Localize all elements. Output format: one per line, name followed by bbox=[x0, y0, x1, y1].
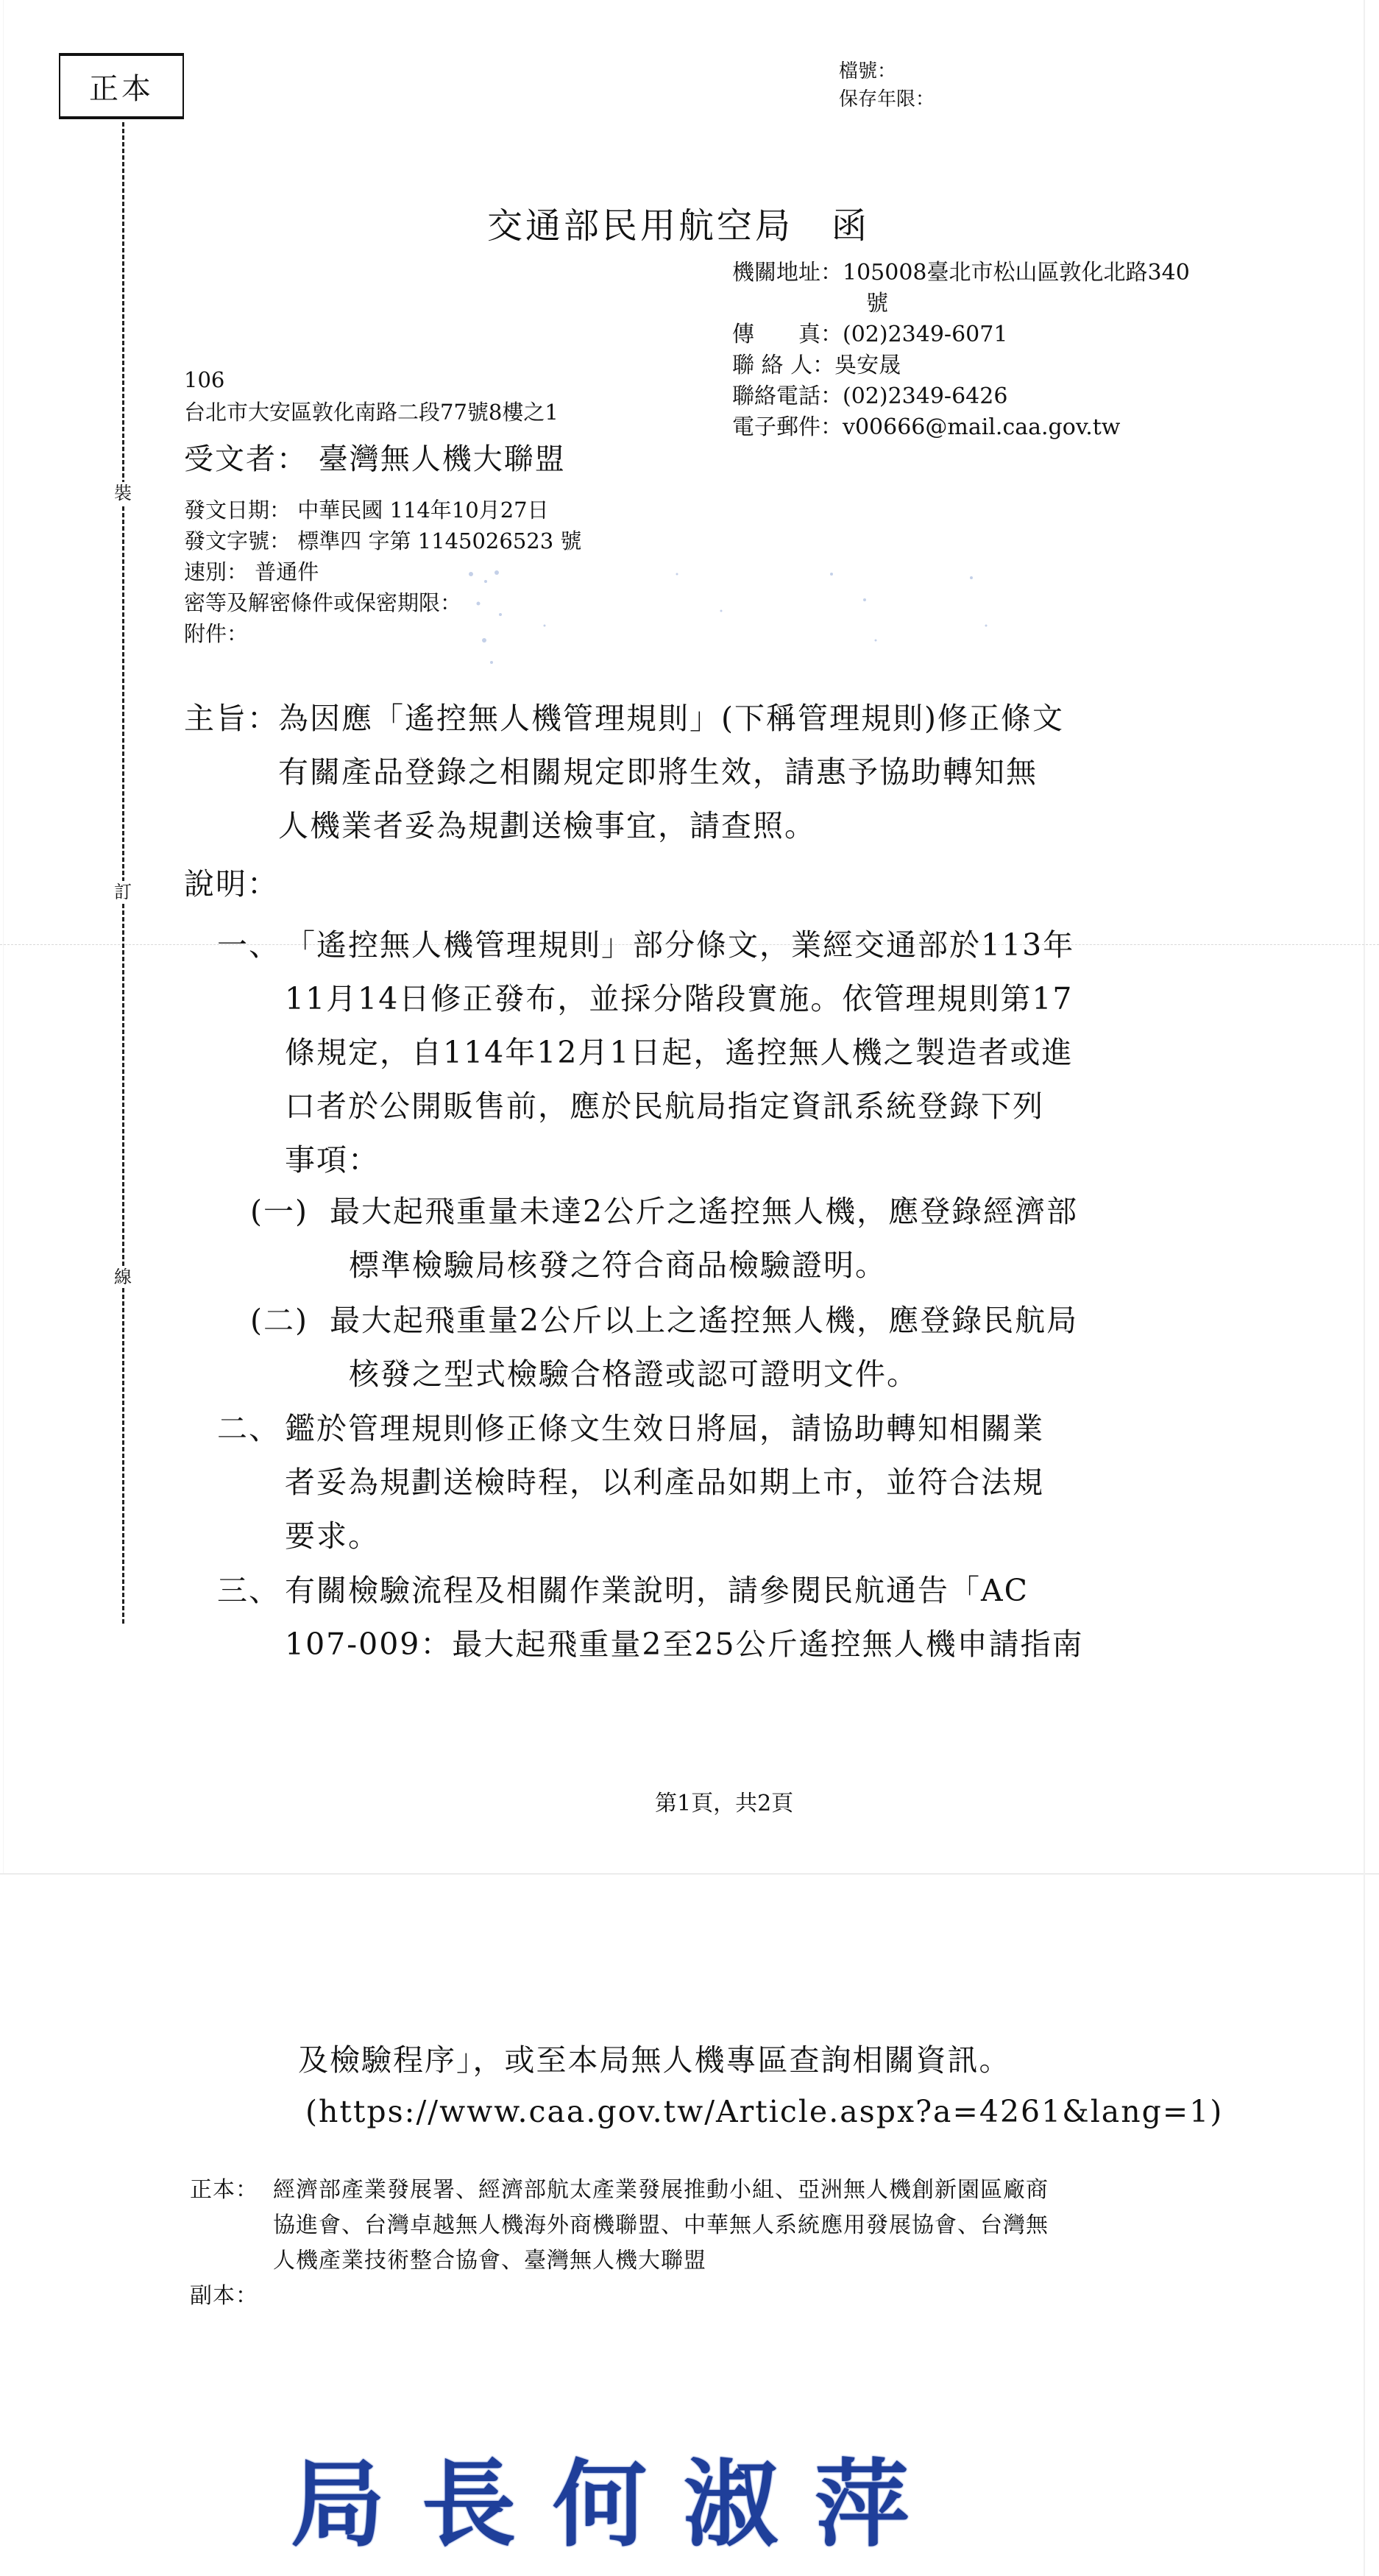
subitem-marker: (一) bbox=[250, 1185, 308, 1239]
phone-row: 聯絡電話： (02)2349-6426 bbox=[732, 381, 1190, 412]
original-recipients-label: 正本： bbox=[190, 2173, 258, 2208]
email-row: 電子郵件： v00666@mail.caa.gov.tw bbox=[732, 412, 1190, 443]
subject-label: 主旨： bbox=[184, 692, 279, 746]
item-line: 11月14日修正發布，並採分階段實施。依管理規則第17 bbox=[285, 972, 1074, 1026]
binding-mark-xian: 線 bbox=[110, 1266, 135, 1288]
doc-number-value: 標準四 字第 1145026523 號 bbox=[297, 528, 581, 553]
item-line: 條規定，自114年12月1日起，遙控無人機之製造者或進 bbox=[285, 1026, 1074, 1080]
subject-section: 主旨： 為因應「遙控無人機管理規則」(下稱管理規則)修正條文 有關產品登錄之相關… bbox=[184, 692, 1064, 853]
explanation-item-3-continued: 及檢驗程序」，或至本局無人機專區查詢相關資訊。 (https://www.caa… bbox=[298, 2034, 1223, 2137]
explanation-item-1: 一、 「遙控無人機管理規則」部分條文，業經交通部於113年 11月14日修正發布… bbox=[217, 919, 1074, 1187]
contact-person-label: 聯 絡 人： bbox=[732, 350, 834, 381]
item-line: 鑑於管理規則修正條文生效日將屆，請協助轉知相關業 bbox=[285, 1402, 1044, 1456]
binding-mark-zhuang: 裝 bbox=[110, 482, 135, 504]
item-line: 「遙控無人機管理規則」部分條文，業經交通部於113年 bbox=[285, 919, 1074, 972]
copy-recipients-label: 副本： bbox=[190, 2279, 1049, 2314]
retention-label: 保存年限： bbox=[839, 85, 935, 113]
classification-label: 密等及解密條件或保密期限： bbox=[184, 590, 461, 615]
subject-line: 為因應「遙控無人機管理規則」(下稱管理規則)修正條文 bbox=[278, 692, 1064, 746]
item-line: 者妥為規劃送檢時程，以利產品如期上市，並符合法規 bbox=[285, 1456, 1044, 1510]
subitem-line: 最大起飛重量未達2公斤之遙控無人機，應登錄經濟部 bbox=[330, 1185, 1078, 1239]
phone-value: (02)2349-6426 bbox=[843, 381, 1007, 412]
subitem-line: 標準檢驗局核發之符合商品檢驗證明。 bbox=[349, 1239, 1078, 1292]
address-label: 機關地址： bbox=[732, 258, 843, 289]
distribution-section: 正本： 經濟部產業發展署、經濟部航太產業發展推動小組、亞洲無人機創新園區廠商 協… bbox=[190, 2173, 1049, 2314]
sender-address-row: 機關地址： 105008臺北市松山區敦化北路340 bbox=[732, 258, 1190, 289]
director-signature-stamp: 局長何淑萍 bbox=[291, 2429, 946, 2564]
subitem-line: 核發之型式檢驗合格證或認可證明文件。 bbox=[349, 1348, 1078, 1401]
recipient-label: 受文者： bbox=[184, 442, 308, 476]
page-number: 第1頁，共2頁 bbox=[655, 1785, 793, 1817]
fax-row: 傳 真： (02)2349-6071 bbox=[732, 319, 1190, 350]
address-value: 105008臺北市松山區敦化北路340 bbox=[843, 258, 1190, 289]
item-line: 口者於公開販售前，應於民航局指定資訊系統登錄下列 bbox=[285, 1080, 1074, 1133]
phone-label: 聯絡電話： bbox=[732, 381, 843, 412]
item-line: 107-009：最大起飛重量2至25公斤遙控無人機申請指南 bbox=[285, 1618, 1084, 1671]
address-value-cont: 號 bbox=[866, 289, 888, 319]
item-marker: 三、 bbox=[217, 1564, 280, 1618]
issue-date-label: 發文日期： bbox=[184, 498, 291, 523]
item-line: 及檢驗程序」，或至本局無人機專區查詢相關資訊。 bbox=[298, 2034, 1223, 2086]
file-no-label: 檔號： bbox=[839, 57, 896, 85]
email-label: 電子郵件： bbox=[732, 412, 843, 443]
issue-date-value: 中華民國 114年10月27日 bbox=[297, 498, 548, 523]
item-line: 有關檢驗流程及相關作業說明，請參閱民航通告「AC bbox=[285, 1564, 1084, 1618]
item-marker: 二、 bbox=[217, 1402, 280, 1456]
binding-mark-ding: 訂 bbox=[110, 881, 135, 903]
sender-address-row-2: 號 bbox=[732, 289, 1190, 319]
priority-label: 速別： bbox=[184, 559, 248, 584]
recipient-name: 臺灣無人機大聯盟 bbox=[319, 442, 566, 476]
fax-label: 傳 真： bbox=[732, 319, 843, 350]
explanation-label: 說明： bbox=[184, 857, 279, 911]
document-title: 交通部民用航空局 函 bbox=[487, 197, 870, 248]
recipient-postal-code: 106 bbox=[184, 365, 224, 394]
original-recipients-line: 經濟部產業發展署、經濟部航太產業發展推動小組、亞洲無人機創新園區廠商 bbox=[273, 2173, 1049, 2208]
scan-edge-left bbox=[3, 0, 4, 1873]
item-marker: 一、 bbox=[217, 919, 280, 972]
scan-edge-right bbox=[1364, 0, 1365, 2576]
subject-line: 人機業者妥為規劃送檢事宜，請查照。 bbox=[278, 799, 1064, 853]
original-recipients-line: 協進會、台灣卓越無人機海外商機聯盟、中華無人系統應用發展協會、台灣無 bbox=[273, 2208, 1049, 2243]
binding-dashed-line bbox=[122, 122, 124, 1624]
copy-type-box: 正本 bbox=[59, 53, 184, 119]
subitem-marker: (二) bbox=[250, 1294, 308, 1348]
doc-number-label: 發文字號： bbox=[184, 528, 291, 553]
contact-person-row: 聯 絡 人： 吳安晟 bbox=[732, 350, 1190, 381]
subitem-line: 最大起飛重量2公斤以上之遙控無人機，應登錄民航局 bbox=[330, 1294, 1078, 1348]
explanation-subitem-1: (一) 最大起飛重量未達2公斤之遙控無人機，應登錄經濟部 標準檢驗局核發之符合商… bbox=[250, 1185, 1078, 1292]
recipient-line: 受文者： 臺灣無人機大聯盟 bbox=[184, 436, 566, 478]
contact-person-value: 吳安晟 bbox=[834, 350, 901, 381]
email-value: v00666@mail.caa.gov.tw bbox=[843, 412, 1120, 443]
fax-value: (02)2349-6071 bbox=[843, 319, 1007, 350]
doc-number-row: 發文字號： 標準四 字第 1145026523 號 bbox=[184, 526, 581, 556]
original-recipients-line: 人機產業技術整合協會、臺灣無人機大聯盟 bbox=[273, 2243, 1049, 2279]
issue-date-row: 發文日期： 中華民國 114年10月27日 bbox=[184, 495, 581, 526]
reference-url[interactable]: (https://www.caa.gov.tw/Article.aspx?a=4… bbox=[305, 2086, 1223, 2137]
item-line: 要求。 bbox=[285, 1510, 1044, 1563]
faint-stamp-impression bbox=[456, 559, 1089, 670]
item-line: 事項： bbox=[285, 1133, 1074, 1187]
explanation-item-3: 三、 有關檢驗流程及相關作業說明，請參閱民航通告「AC 107-009：最大起飛… bbox=[217, 1564, 1084, 1671]
explanation-subitem-2: (二) 最大起飛重量2公斤以上之遙控無人機，應登錄民航局 核發之型式檢驗合格證或… bbox=[250, 1294, 1078, 1401]
sender-contact-block: 機關地址： 105008臺北市松山區敦化北路340 號 傳 真： (02)234… bbox=[732, 258, 1190, 443]
priority-value: 普通件 bbox=[255, 559, 319, 584]
explanation-item-2: 二、 鑑於管理規則修正條文生效日將屆，請協助轉知相關業 者妥為規劃送檢時程，以利… bbox=[217, 1402, 1044, 1563]
recipient-address: 台北市大安區敦化南路二段77號8樓之1 bbox=[184, 397, 559, 427]
subject-line: 有關產品登錄之相關規定即將生效，請惠予協助轉知無 bbox=[278, 746, 1064, 799]
attachment-label: 附件： bbox=[184, 621, 248, 646]
